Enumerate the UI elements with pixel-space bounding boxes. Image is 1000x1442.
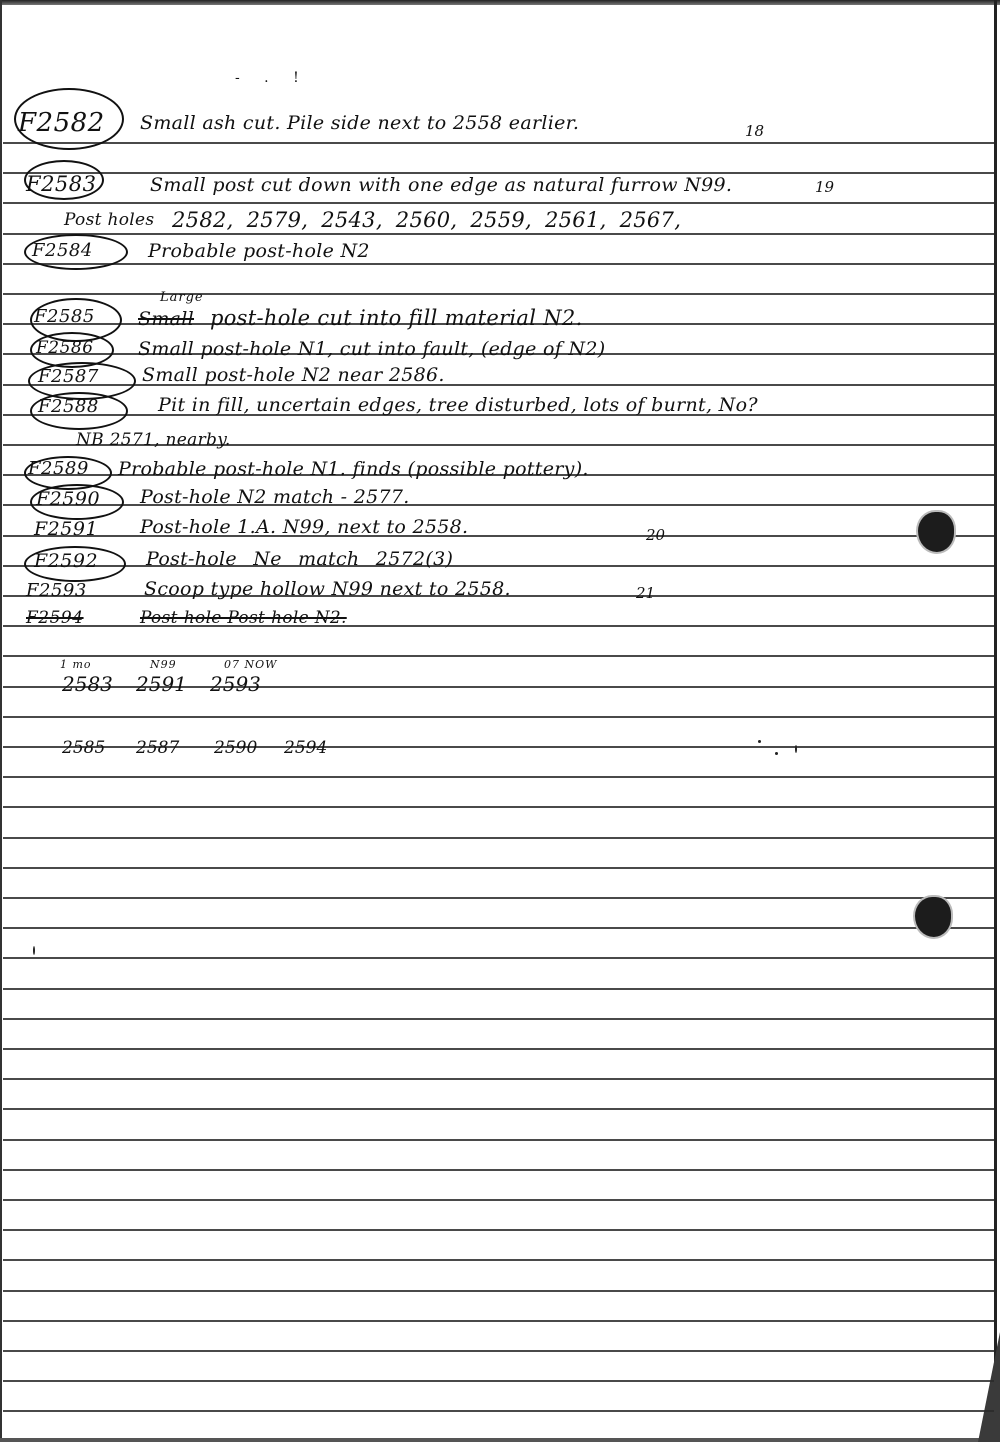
punch-hole xyxy=(915,897,951,937)
ruled-line xyxy=(3,1229,994,1231)
context-id: F2590 xyxy=(36,488,100,510)
context-description: NB 2571, nearby. xyxy=(76,430,231,450)
summary-row: 1 mo N99 07 NOW 2583 2591 2593 xyxy=(0,668,990,698)
insertion-text: Large xyxy=(160,290,204,305)
context-description: Small ash cut. Pile side next to 2558 ea… xyxy=(140,112,579,134)
ruled-line xyxy=(3,1410,994,1412)
summary-label: N99 xyxy=(150,658,177,671)
context-id: F2582 xyxy=(18,108,105,138)
ruled-line xyxy=(3,897,994,899)
ruled-line xyxy=(3,202,994,204)
ruled-line xyxy=(3,927,994,929)
ruled-line xyxy=(3,1139,994,1141)
context-description: Post-hole N2 match - 2577. xyxy=(140,486,410,508)
page-bottom-edge xyxy=(0,1438,1000,1442)
ruled-line xyxy=(3,1048,994,1050)
context-id: F2584 xyxy=(32,240,93,261)
ruled-line xyxy=(3,1018,994,1020)
context-description: Probable post-hole N2 xyxy=(148,240,370,262)
summary-value: 2593 xyxy=(210,672,261,696)
context-id: F2588 xyxy=(38,396,99,417)
ruled-line xyxy=(3,1290,994,1292)
context-description: Scoop type hollow N99 next to 2558. xyxy=(144,578,511,600)
ruled-line xyxy=(3,1320,994,1322)
ruled-line xyxy=(3,655,994,657)
entry-row: F2588 Pit in fill, uncertain edges, tree… xyxy=(0,398,990,428)
entry-row: Post holes 2582, 2579, 2543, 2560, 2559,… xyxy=(0,208,990,238)
summary-label: 1 mo xyxy=(60,658,92,671)
context-id: F2593 xyxy=(26,580,87,601)
entry-row: F2591 Post-hole 1.A. N99, next to 2558. … xyxy=(0,520,990,550)
context-id: F2592 xyxy=(34,550,98,572)
struck-word: Small xyxy=(138,308,194,330)
context-description: Probable post-hole N1. finds (possible p… xyxy=(118,458,589,480)
ruled-line xyxy=(3,988,994,990)
context-description: Post-hole Ne match 2572(3) xyxy=(146,548,453,570)
summary-row: 2585 2587 2590 2594 xyxy=(0,738,990,768)
context-description: Small post cut down with one edge as nat… xyxy=(150,174,732,196)
context-id: F2587 xyxy=(38,366,99,387)
ruled-line xyxy=(3,1350,994,1352)
ruled-line xyxy=(3,806,994,808)
ruled-line xyxy=(3,867,994,869)
ruled-line xyxy=(3,1078,994,1080)
context-id: F2594 xyxy=(26,608,84,628)
ruled-line xyxy=(3,716,994,718)
entry-row: F2594 Post-hole Post-hole N2. xyxy=(0,612,990,642)
context-description: Post-hole 1.A. N99, next to 2558. xyxy=(140,516,468,538)
ruled-line xyxy=(3,142,994,144)
margin-number: 21 xyxy=(636,584,655,602)
folded-corner xyxy=(978,1332,1000,1442)
summary-value: 2590 xyxy=(214,738,257,758)
context-description: post-hole cut into fill material N2. xyxy=(210,306,583,330)
context-description: 2582, 2579, 2543, 2560, 2559, 2561, 2567… xyxy=(172,208,681,232)
context-id: F2589 xyxy=(28,458,89,479)
entry-row: NB 2571, nearby. xyxy=(0,430,990,460)
ruled-line xyxy=(3,1169,994,1171)
entry-row: F2583 Small post cut down with one edge … xyxy=(0,172,990,202)
context-id: F2583 xyxy=(26,172,97,196)
ruled-line xyxy=(3,1199,994,1201)
entry-row: F2585 Large Small post-hole cut into fil… xyxy=(0,306,990,336)
list-prefix: Post holes xyxy=(64,210,154,230)
summary-label: 07 NOW xyxy=(224,658,277,671)
summary-value: 2583 xyxy=(62,672,113,696)
context-id: F2586 xyxy=(36,338,94,358)
context-description: Small post-hole N1, cut into fault, (edg… xyxy=(138,338,605,360)
ruled-line xyxy=(3,957,994,959)
margin-number: 19 xyxy=(815,178,834,196)
summary-value: 2591 xyxy=(136,672,187,696)
margin-number: 18 xyxy=(745,122,764,140)
ruled-line xyxy=(3,776,994,778)
ruled-line xyxy=(3,837,994,839)
entry-row: F2582 Small ash cut. Pile side next to 2… xyxy=(0,108,990,138)
margin-number: 20 xyxy=(646,526,665,544)
ruled-line xyxy=(3,1380,994,1382)
page-top-edge xyxy=(0,0,1000,5)
ruled-line xyxy=(3,1259,994,1261)
top-marks: - . ! xyxy=(235,70,309,86)
page-right-edge xyxy=(994,0,997,1442)
context-id: F2585 xyxy=(34,306,95,327)
context-description: Small post-hole N2 near 2586. xyxy=(142,364,445,386)
summary-value: 2585 xyxy=(62,738,105,758)
context-description: Post-hole Post-hole N2. xyxy=(140,608,347,628)
ruled-line xyxy=(3,293,994,295)
ink-speck xyxy=(33,946,35,955)
context-description: Pit in fill, uncertain edges, tree distu… xyxy=(158,394,758,416)
summary-value: 2594 xyxy=(284,738,327,758)
context-id: F2591 xyxy=(34,518,98,540)
summary-value: 2587 xyxy=(136,738,179,758)
entry-row: F2584 Probable post-hole N2 xyxy=(0,242,990,272)
ruled-line xyxy=(3,1108,994,1110)
